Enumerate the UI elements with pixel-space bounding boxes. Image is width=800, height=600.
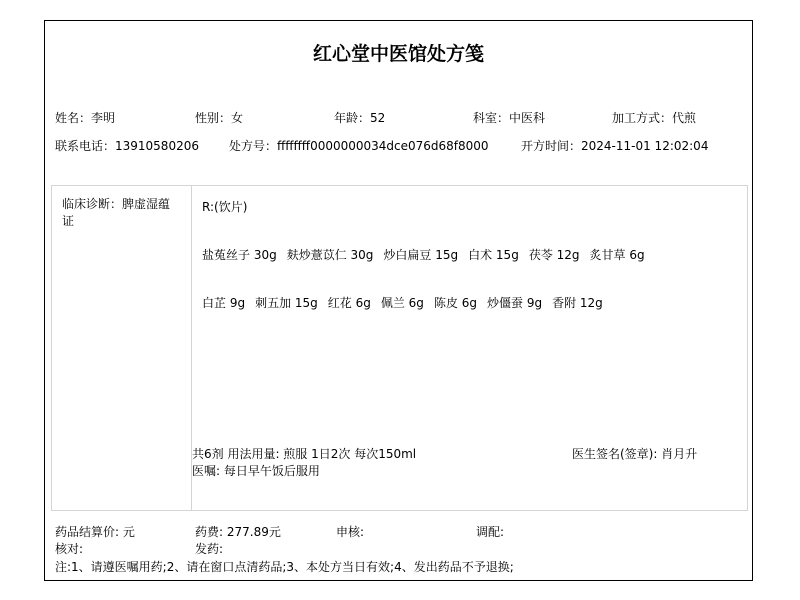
prescription-box: 临床诊断：脾虚湿蕴证 R:(饮片) 盐菟丝子 30g麸炒薏苡仁 30g炒白扁豆 … xyxy=(51,185,748,511)
rx-header: R:(饮片) xyxy=(202,198,247,215)
drug-fee: 药费: 277.89元 xyxy=(195,523,281,540)
herb-item: 麸炒薏苡仁 30g xyxy=(287,248,374,262)
herb-item: 炒僵蚕 9g xyxy=(487,296,542,310)
notes: 注:1、请遵医嘱用药;2、请在窗口点清药品;3、本处方当日有效;4、发出药品不予… xyxy=(55,558,514,575)
footer-note: 注:1、请遵医嘱用药;2、请在窗口点清药品;3、本处方当日有效;4、发出药品不予… xyxy=(55,558,742,574)
footer-row-1: 药品结算价: 元 药费: 277.89元 申核: 调配: xyxy=(55,523,742,539)
herb-item: 盐菟丝子 30g xyxy=(202,248,277,262)
herb-list-line-1: 盐菟丝子 30g麸炒薏苡仁 30g炒白扁豆 15g白术 15g茯苓 12g炙甘草… xyxy=(202,246,655,263)
footer-row-2: 核对: 发药: xyxy=(55,540,742,556)
herb-item: 香附 12g xyxy=(552,296,603,310)
herb-item: 炒白扁豆 15g xyxy=(383,248,458,262)
contact-phone: 联系电话：13910580206 xyxy=(55,137,199,154)
patient-name: 姓名：李明 xyxy=(55,109,115,126)
doctor-signature: 医生签名(签章): 肖月升 xyxy=(572,446,702,463)
check: 核对: xyxy=(55,540,83,557)
patient-gender: 性别：女 xyxy=(195,109,243,126)
herb-item: 白术 15g xyxy=(468,248,519,262)
prescription-area: R:(饮片) 盐菟丝子 30g麸炒薏苡仁 30g炒白扁豆 15g白术 15g茯苓… xyxy=(192,186,747,510)
herb-item: 红花 6g xyxy=(328,296,371,310)
prescription-time: 开方时间：2024-11-01 12:02:04 xyxy=(521,137,708,154)
herb-item: 白芷 9g xyxy=(202,296,245,310)
herb-item: 刺五加 15g xyxy=(255,296,318,310)
herb-item: 炙甘草 6g xyxy=(590,248,645,262)
herb-list-line-2: 白芷 9g刺五加 15g红花 6g佩兰 6g陈皮 6g炒僵蚕 9g香附 12g xyxy=(202,294,613,311)
clinical-diagnosis: 临床诊断：脾虚湿蕴证 xyxy=(52,186,192,510)
dispense: 调配: xyxy=(476,523,504,540)
herb-item: 佩兰 6g xyxy=(381,296,424,310)
settlement-price: 药品结算价: 元 xyxy=(55,523,135,540)
patient-age: 年龄：52 xyxy=(334,109,385,126)
review: 申核: xyxy=(336,523,364,540)
usage-block: 共6剂 用法用量: 煎服 1日2次 每次150ml 医嘱: 每日早午饭后服用 xyxy=(192,446,416,480)
usage-dosage: 共6剂 用法用量: 煎服 1日2次 每次150ml xyxy=(192,446,416,463)
patient-info-row-1: 姓名：李明 性别：女 年龄：52 科室：中医科 加工方式：代煎 xyxy=(55,109,742,125)
prescription-sheet: 红心堂中医馆处方笺 姓名：李明 性别：女 年龄：52 科室：中医科 加工方式：代… xyxy=(44,20,753,581)
doctor-advice: 医嘱: 每日早午饭后服用 xyxy=(192,463,416,480)
prescription-number: 处方号：ffffffff0000000034dce076d68f8000 xyxy=(229,137,489,154)
department: 科室：中医科 xyxy=(473,109,545,126)
issue-drugs: 发药: xyxy=(195,540,223,557)
herb-item: 茯苓 12g xyxy=(529,248,580,262)
patient-info-row-2: 联系电话：13910580206 处方号：ffffffff0000000034d… xyxy=(55,137,742,153)
herb-item: 陈皮 6g xyxy=(434,296,477,310)
page-title: 红心堂中医馆处方笺 xyxy=(45,39,752,66)
process-method: 加工方式：代煎 xyxy=(612,109,696,126)
